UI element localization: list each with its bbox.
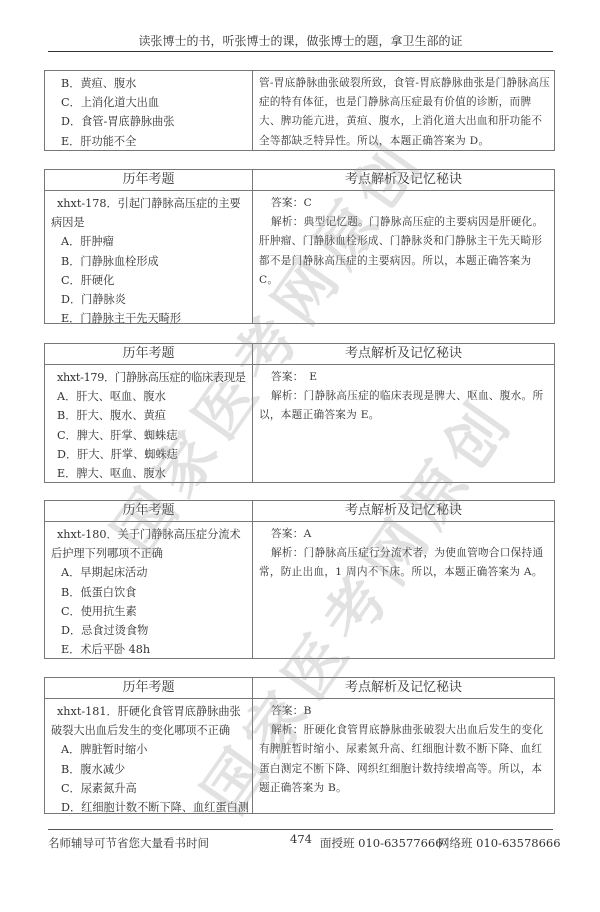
option: A．肝肿瘤 [51, 232, 248, 251]
explanation-text: 解析：典型记忆题。门静脉高压症的主要病因是肝硬化。肝肿瘤、门静脉血栓形成、门静脉… [259, 213, 550, 290]
analysis-cell: 答案：B 解析：肝硬化食管胃底静脉曲张破裂大出血后发生的变化有脾脏暂时缩小、尿素… [253, 699, 554, 814]
answer-text: 答案：A [259, 525, 550, 544]
header-title: 读张博士的书，听张博士的课，做张博士的题，拿卫生部的证 [138, 34, 462, 48]
option: A．早期起床活动 [51, 563, 248, 582]
option: A．脾脏暂时缩小 [51, 740, 248, 759]
option: C．肝硬化 [51, 271, 248, 290]
question-cell: xhxt-178．引起门静脉高压症的主要病因是 A．肝肿瘤 B．门静脉血栓形成 … [45, 191, 253, 324]
option: C．脾大、肝掌、蜘蛛痣 [51, 426, 248, 445]
option: D．肝大、肝掌、蜘蛛痣 [51, 445, 248, 464]
explanation-text: 管-胃底静脉曲张破裂所致，食管-胃底静脉曲张是门静脉高压症的特有体征，也是门静脉… [259, 74, 550, 151]
header-analysis: 考点解析及记忆秘诀 [253, 170, 554, 190]
option: B．腹水减少 [51, 760, 248, 779]
option: C．上消化道大出血 [51, 93, 248, 112]
footer-phone-online: 网络班 010-63578666 [438, 835, 561, 851]
option: B．门静脉血栓形成 [51, 252, 248, 271]
table-header-row: 历年考题 考点解析及记忆秘诀 [45, 501, 554, 522]
answer-text: 答案： E [259, 368, 550, 387]
analysis-cell: 答案：C 解析：典型记忆题。门静脉高压症的主要病因是肝硬化。肝肿瘤、门静脉血栓形… [253, 191, 554, 324]
option: D．忌食过烫食物 [51, 621, 248, 640]
header-analysis: 考点解析及记忆秘诀 [253, 678, 554, 698]
question-table-179: 历年考题 考点解析及记忆秘诀 xhxt-179．门静脉高压症的临床表现是 A．肝… [44, 343, 555, 483]
option: C．使用抗生素 [51, 602, 248, 621]
option: E．术后平卧 48h [51, 640, 248, 659]
option: A．肝大、呕血、腹水 [51, 387, 248, 406]
continued-question-table: B．黄疸、腹水 C．上消化道大出血 D．食管-胃底静脉曲张 E．肝功能不全 管-… [44, 70, 555, 151]
question-stem: xhxt-178．引起门静脉高压症的主要病因是 [51, 194, 248, 232]
answer-text: 答案：C [259, 194, 550, 213]
continued-options: B．黄疸、腹水 C．上消化道大出血 D．食管-胃底静脉曲张 E．肝功能不全 [45, 71, 253, 150]
answer-text: 答案：B [259, 702, 550, 721]
question-stem: xhxt-181．肝硬化食管胃底静脉曲张破裂大出血后发生的变化哪项不正确 [51, 702, 248, 740]
option: D．红细胞计数不断下降、血红蛋白测 [51, 798, 248, 814]
option: D．门静脉炎 [51, 290, 248, 309]
analysis-cell: 答案： E 解析：门静脉高压症的临床表现是脾大、呕血、腹水。所以，本题正确答案为… [253, 365, 554, 483]
explanation-text: 解析：肝硬化食管胃底静脉曲张破裂大出血后发生的变化有脾脏暂时缩小、尿素氮升高、红… [259, 721, 550, 798]
explanation-text: 解析：门静脉高压症行分流术者，为使血管吻合口保持通常，防止出血，1 周内不下床。… [259, 544, 550, 582]
option: E．肝功能不全 [51, 132, 248, 151]
question-cell: xhxt-181．肝硬化食管胃底静脉曲张破裂大出血后发生的变化哪项不正确 A．脾… [45, 699, 253, 814]
question-table-178: 历年考题 考点解析及记忆秘诀 xhxt-178．引起门静脉高压症的主要病因是 A… [44, 169, 555, 324]
page-number: 474 [290, 832, 312, 846]
footer-phone-inperson: 面授班 010-63577666 [320, 835, 443, 851]
table-header-row: 历年考题 考点解析及记忆秘诀 [45, 344, 554, 365]
question-table-181: 历年考题 考点解析及记忆秘诀 xhxt-181．肝硬化食管胃底静脉曲张破裂大出血… [44, 677, 555, 814]
header-past-questions: 历年考题 [45, 678, 253, 698]
option: B．黄疸、腹水 [51, 74, 248, 93]
option: B．肝大、腹水、黄疸 [51, 406, 248, 425]
option: E．门静脉主干先天畸形 [51, 309, 248, 328]
header-past-questions: 历年考题 [45, 170, 253, 190]
option: E．脾大、呕血、腹水 [51, 464, 248, 483]
option: C．尿素氮升高 [51, 779, 248, 798]
analysis-cell: 答案：A 解析：门静脉高压症行分流术者，为使血管吻合口保持通常，防止出血，1 周… [253, 522, 554, 659]
question-stem: xhxt-180．关于门静脉高压症分流术后护理下列哪项不正确 [51, 525, 248, 563]
header-analysis: 考点解析及记忆秘诀 [253, 344, 554, 364]
page-footer: 名师辅导可节省您大量看书时间 474 面授班 010-63577666 网络班 … [48, 829, 553, 850]
table-header-row: 历年考题 考点解析及记忆秘诀 [45, 170, 554, 191]
question-stem: xhxt-179．门静脉高压症的临床表现是 [51, 368, 248, 387]
footer-slogan: 名师辅导可节省您大量看书时间 [48, 835, 209, 851]
explanation-text: 解析：门静脉高压症的临床表现是脾大、呕血、腹水。所以，本题正确答案为 E。 [259, 387, 550, 425]
header-past-questions: 历年考题 [45, 344, 253, 364]
option: D．食管-胃底静脉曲张 [51, 112, 248, 131]
question-table-180: 历年考题 考点解析及记忆秘诀 xhxt-180．关于门静脉高压症分流术后护理下列… [44, 500, 555, 659]
page-header: 读张博士的书，听张博士的课，做张博士的题，拿卫生部的证 [48, 34, 553, 52]
header-analysis: 考点解析及记忆秘诀 [253, 501, 554, 521]
question-cell: xhxt-179．门静脉高压症的临床表现是 A．肝大、呕血、腹水 B．肝大、腹水… [45, 365, 253, 483]
table-header-row: 历年考题 考点解析及记忆秘诀 [45, 678, 554, 699]
option: B．低蛋白饮食 [51, 583, 248, 602]
question-cell: xhxt-180．关于门静脉高压症分流术后护理下列哪项不正确 A．早期起床活动 … [45, 522, 253, 659]
header-past-questions: 历年考题 [45, 501, 253, 521]
continued-explanation-cell: 管-胃底静脉曲张破裂所致，食管-胃底静脉曲张是门静脉高压症的特有体征，也是门静脉… [253, 71, 554, 150]
